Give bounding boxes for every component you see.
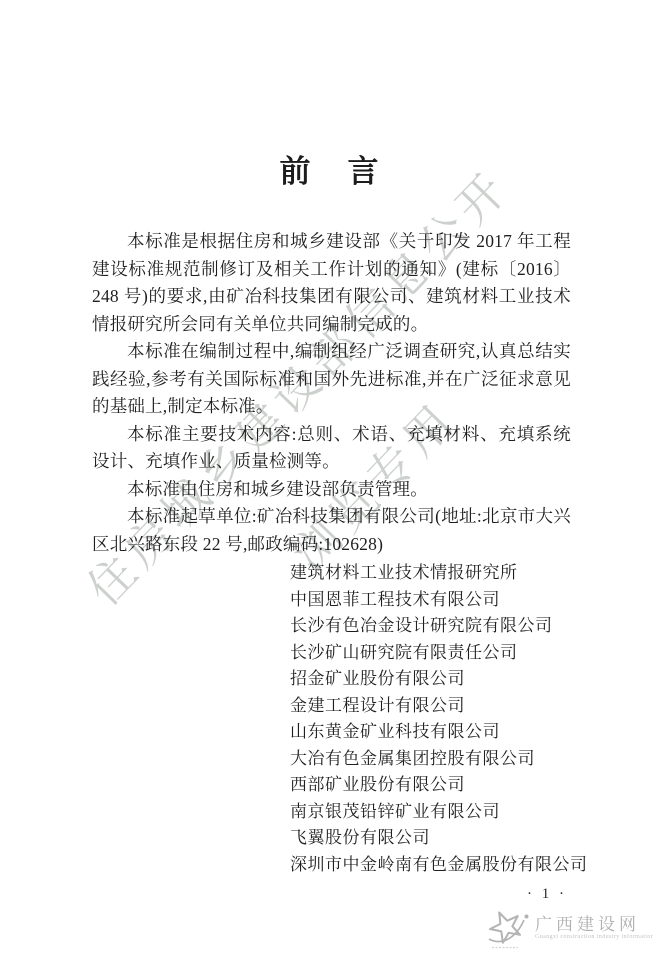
drafting-unit-item: 飞翼股份有限公司 — [290, 825, 571, 852]
drafting-unit-item: 中国恩菲工程技术有限公司 — [290, 587, 571, 614]
body-text: 本标准是根据住房和城乡建设部《关于印发 2017 年工程建设标准规范制修订及相关… — [92, 228, 571, 909]
paragraph: 本标准由住房和城乡建设部负责管理。 — [92, 476, 571, 504]
drafting-unit-item: 招金矿业股份有限公司 — [290, 666, 571, 693]
drafting-unit-item: 山东黄金矿业科技有限公司 — [290, 719, 571, 746]
site-logo: 广西建设网 Guangxi construction industry info… — [486, 905, 653, 951]
logo-tagline: Guangxi construction industry informatio… — [535, 934, 653, 941]
drafting-unit-item: 南京银茂铅锌矿业有限公司 — [290, 799, 571, 826]
drafting-unit-item: 建筑材料工业技术情报研究所 — [290, 560, 571, 587]
drafting-unit-item: 深圳市中金岭南有色金属股份有限公司 — [290, 852, 571, 879]
paragraph: 本标准起草单位:矿冶科技集团有限公司(地址:北京市大兴区北兴路东段 22 号,邮… — [92, 503, 571, 558]
drafting-units-list: 建筑材料工业技术情报研究所 中国恩菲工程技术有限公司 长沙有色冶金设计研究院有限… — [92, 560, 571, 878]
page-title: 前 言 — [0, 146, 661, 191]
drafting-unit-item: 长沙有色冶金设计研究院有限公司 — [290, 613, 571, 640]
star-icon — [486, 905, 530, 951]
drafting-unit-item: 西部矿业股份有限公司 — [290, 772, 571, 799]
document-page: 住房城乡建设部信息公开 浏览专用 前 言 本标准是根据住房和城乡建设部《关于印发… — [0, 0, 661, 959]
paragraph: 本标准在编制过程中,编制组经广泛调查研究,认真总结实践经验,参考有关国际标准和国… — [92, 338, 571, 421]
drafting-unit-item: 长沙矿山研究院有限责任公司 — [290, 640, 571, 667]
page-content: 前 言 本标准是根据住房和城乡建设部《关于印发 2017 年工程建设标准规范制修… — [0, 0, 661, 959]
paragraph: 本标准主要技术内容:总则、术语、充填材料、充填系统设计、充填作业、质量检测等。 — [92, 421, 571, 476]
drafting-unit-item: 金建工程设计有限公司 — [290, 693, 571, 720]
drafting-unit-item: 大冶有色金属集团控股有限公司 — [290, 746, 571, 773]
paragraph: 本标准是根据住房和城乡建设部《关于印发 2017 年工程建设标准规范制修订及相关… — [92, 228, 571, 338]
logo-text-block: 广西建设网 Guangxi construction industry info… — [535, 916, 653, 941]
paragraphs: 本标准是根据住房和城乡建设部《关于印发 2017 年工程建设标准规范制修订及相关… — [92, 228, 571, 558]
logo-site-name: 广西建设网 — [535, 916, 653, 934]
